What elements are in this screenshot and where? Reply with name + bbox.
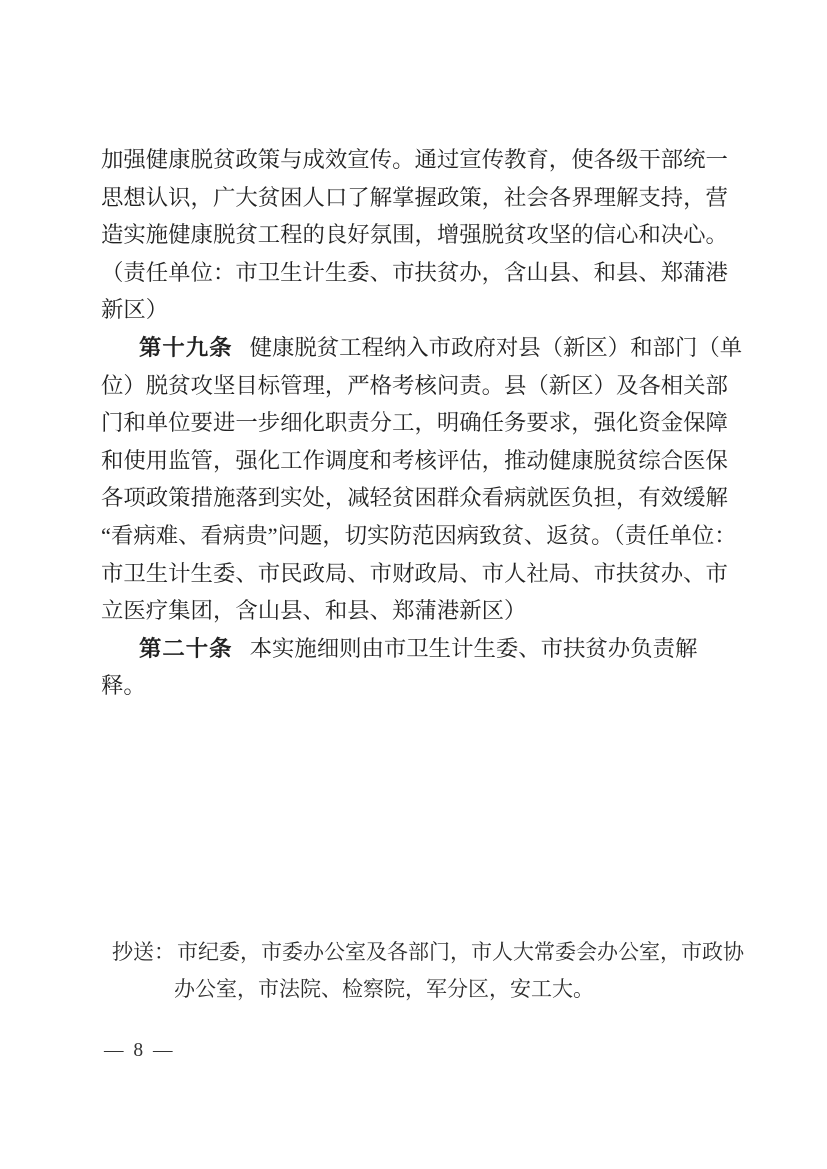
text-line-article-19-start: 第十九条健康脱贫工程纳入市政府对县（新区）和部门（单 [101,329,741,367]
cc-line: 办公室，市法院、检察院，军分区，安工大。 [174,971,744,1008]
text-line: 新区） [101,291,741,329]
page-number: — 8 — [104,1040,175,1062]
cc-label: 抄送： [112,940,175,964]
cc-text: 市纪委，市委办公室及各部门，市人大常委会办公室，市政协 [177,940,744,964]
body-text: 加强健康脱贫政策与成效宣传。通过宣传教育，使各级干部统一 思想认识，广大贫困人口… [101,141,741,705]
article-20-heading: 第二十条 [139,636,233,661]
text-line: 思想认识，广大贫困人口了解掌握政策，社会各界理解支持，营 [101,179,741,217]
text-line: “看病难、看病贵”问题，切实防范因病致贫、返贫。（责任单位： [101,517,741,555]
document-page: 加强健康脱贫政策与成效宣传。通过宣传教育，使各级干部统一 思想认识，广大贫困人口… [0,0,827,1169]
cc-line: 抄送：市纪委，市委办公室及各部门，市人大常委会办公室，市政协 [112,934,744,971]
article-20-text: 本实施细则由市卫生计生委、市扶贫办负责解 [250,636,698,661]
text-line: 立医疗集团，含山县、和县、郑蒲港新区） [101,592,741,630]
text-line: 造实施健康脱贫工程的良好氛围，增强脱贫攻坚的信心和决心。 [101,216,741,254]
text-line: 门和单位要进一步细化职责分工，明确任务要求，强化资金保障 [101,404,741,442]
article-19-heading: 第十九条 [139,335,233,360]
text-line: 各项政策措施落到实处，减轻贫困群众看病就医负担，有效缓解 [101,479,741,517]
text-line: 市卫生计生委、市民政局、市财政局、市人社局、市扶贫办、市 [101,555,741,593]
article-19-text: 健康脱贫工程纳入市政府对县（新区）和部门（单 [250,335,743,360]
text-line: 和使用监管，强化工作调度和考核评估，推动健康脱贫综合医保 [101,442,741,480]
text-line: 加强健康脱贫政策与成效宣传。通过宣传教育，使各级干部统一 [101,141,741,179]
cc-block: 抄送：市纪委，市委办公室及各部门，市人大常委会办公室，市政协 办公室，市法院、检… [112,934,744,1007]
text-line: （责任单位：市卫生计生委、市扶贫办，含山县、和县、郑蒲港 [101,254,741,292]
text-line-article-20-start: 第二十条本实施细则由市卫生计生委、市扶贫办负责解 [101,630,741,668]
text-line: 位）脱贫攻坚目标管理，严格考核问责。县（新区）及各相关部 [101,367,741,405]
text-line: 释。 [101,667,741,705]
